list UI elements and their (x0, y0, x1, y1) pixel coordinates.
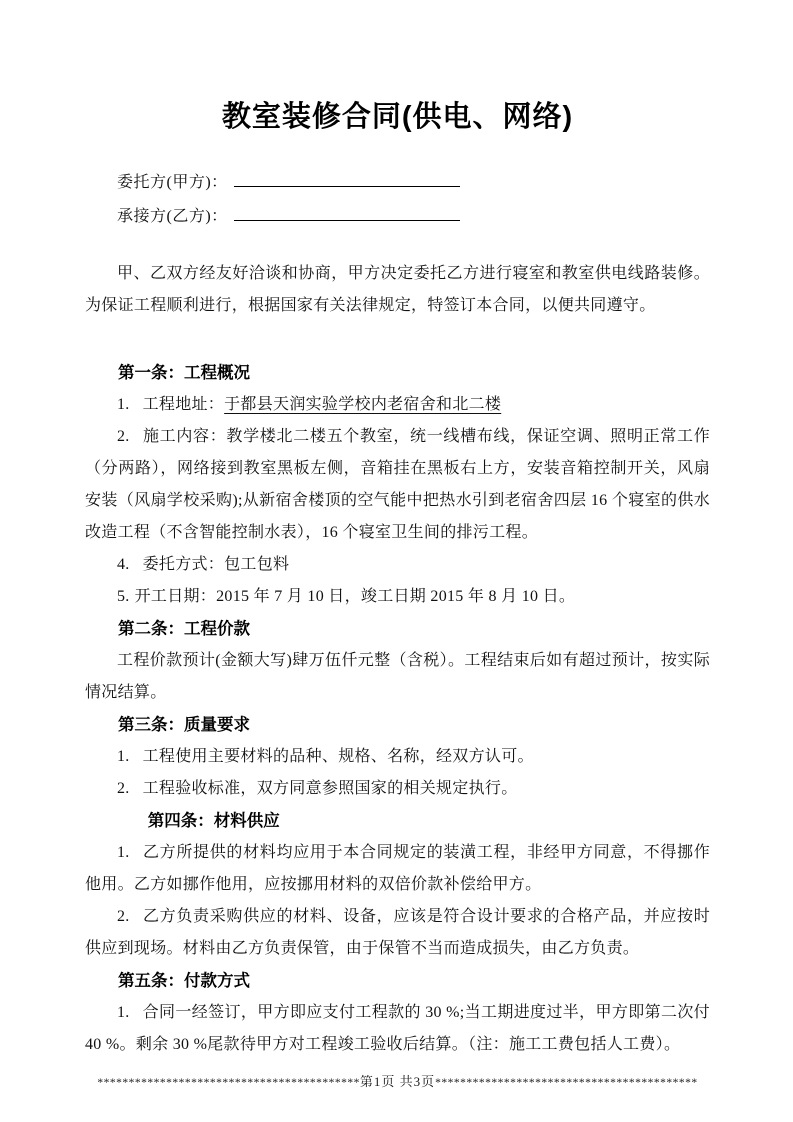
section-heading-1: 第一条：工程概况 (85, 357, 710, 389)
item-text: 乙方负责采购供应的材料、设备，应该是符合设计要求的合格产品，并应按时供应到现场。… (85, 908, 710, 957)
section3-item-1: 1.工程使用主要材料的品种、规格、名称，经双方认可。 (85, 741, 710, 773)
party-a-row: 委托方(甲方)： (85, 164, 710, 198)
party-b-blank-line[interactable] (234, 198, 460, 221)
party-b-row: 承接方(乙方)： (85, 198, 710, 232)
intro-paragraph: 甲、乙双方经友好洽谈和协商，甲方决定委托乙方进行寝室和教室供电线路装修。为保证工… (85, 258, 710, 322)
section5-item-1: 1.合同一经签订，甲方即应支付工程款的 30 %;当工期进度过半，甲方即第二次付… (85, 997, 710, 1061)
section1-item-4: 4.委托方式：包工包料 (85, 549, 710, 581)
item-text: 工程使用主要材料的品种、规格、名称，经双方认可。 (143, 748, 534, 765)
section1-item-5: 5.开工日期：2015 年 7 月 10 日，竣工日期 2015 年 8 月 1… (85, 581, 710, 613)
section-heading-2: 第二条：工程价款 (85, 613, 710, 645)
section1-item-1: 1.工程地址：于都县天润实验学校内老宿舍和北二楼 (85, 389, 710, 421)
section2-paragraph: 工程价款预计(金额大写)肆万伍仟元整（含税）。工程结束后如有超过预计，按实际情况… (85, 645, 710, 709)
item-number: 1. (117, 396, 130, 413)
item-number: 2. (117, 908, 130, 925)
party-b-label: 承接方(乙方)： (117, 208, 228, 225)
item-text: 施工内容：教学楼北二楼五个教室，统一线槽布线，保证空调、照明正常工作（分两路），… (85, 428, 710, 541)
contract-page: 教室装修合同(供电、网络) 委托方(甲方)： 承接方(乙方)： 甲、乙双方经友好… (0, 0, 793, 1122)
page-number-label: 第1页 共3页 (360, 1074, 435, 1089)
section4-item-1: 1.乙方所提供的材料均应用于本合同规定的装潢工程，非经甲方同意，不得挪作他用。乙… (85, 837, 710, 901)
section-heading-4: 第四条：材料供应 (85, 805, 710, 837)
section-heading-3: 第三条：质量要求 (85, 709, 710, 741)
item-number: 1. (117, 844, 130, 861)
parties-block: 委托方(甲方)： 承接方(乙方)： (85, 164, 710, 232)
project-address-underlined: 于都县天润实验学校内老宿舍和北二楼 (224, 396, 501, 413)
item-text: 乙方所提供的材料均应用于本合同规定的装潢工程，非经甲方同意，不得挪作他用。乙方如… (85, 844, 710, 893)
footer-stars-right: ****************************************… (435, 1077, 698, 1089)
item-text: 开工日期：2015 年 7 月 10 日，竣工日期 2015 年 8 月 10 … (135, 588, 576, 605)
document-title: 教室装修合同(供电、网络) (85, 96, 710, 138)
item-number: 4. (117, 556, 130, 573)
section3-item-2: 2.工程验收标准，双方同意参照国家的相关规定执行。 (85, 773, 710, 805)
item-number: 2. (117, 780, 130, 797)
item-number: 1. (117, 748, 130, 765)
item-number: 1. (117, 1004, 130, 1021)
party-a-blank-line[interactable] (234, 164, 460, 187)
item-number: 5. (117, 588, 130, 605)
item-text: 委托方式：包工包料 (143, 556, 290, 573)
section-heading-5: 第五条：付款方式 (85, 965, 710, 997)
item-text: 工程地址： (143, 396, 225, 413)
section1-item-2: 2.施工内容：教学楼北二楼五个教室，统一线槽布线，保证空调、照明正常工作（分两路… (85, 421, 710, 549)
footer-stars-left: ****************************************… (97, 1077, 360, 1089)
item-number: 2. (117, 428, 130, 445)
page-footer: ****************************************… (85, 1073, 710, 1092)
party-a-label: 委托方(甲方)： (117, 174, 228, 191)
item-text: 合同一经签订，甲方即应支付工程款的 30 %;当工期进度过半，甲方即第二次付 4… (85, 1004, 710, 1053)
item-text: 工程验收标准，双方同意参照国家的相关规定执行。 (143, 780, 518, 797)
section4-item-2: 2.乙方负责采购供应的材料、设备，应该是符合设计要求的合格产品，并应按时供应到现… (85, 901, 710, 965)
